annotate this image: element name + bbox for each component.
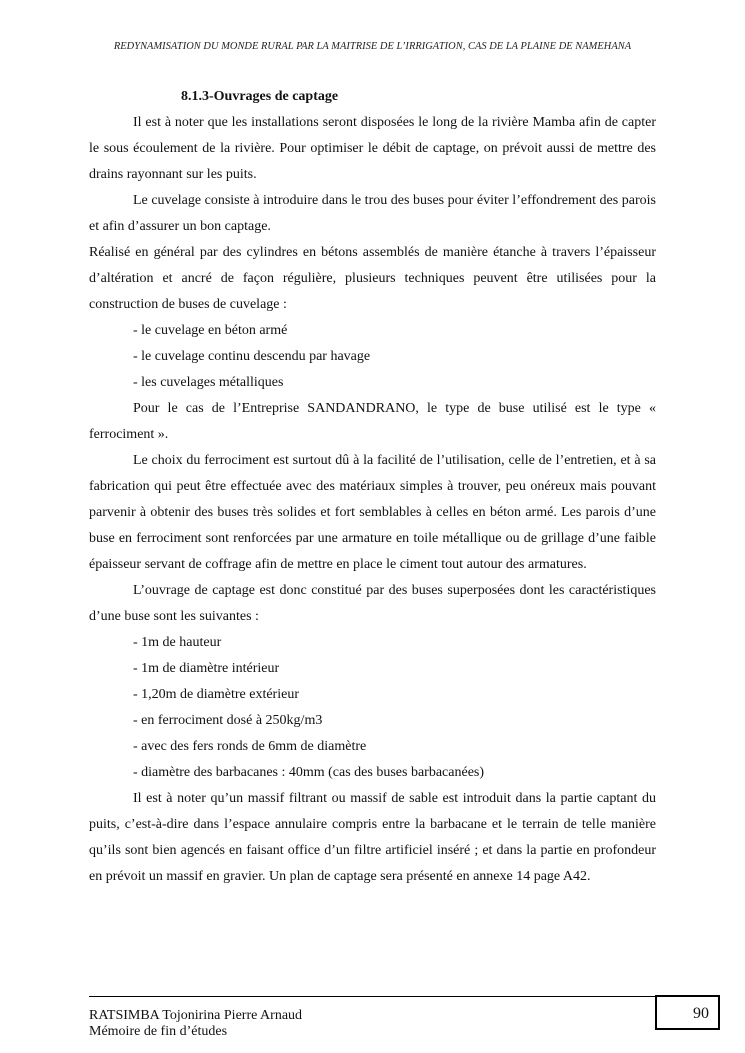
paragraph-5: Le choix du ferrociment est surtout dû à… — [89, 448, 656, 578]
list-item: - le cuvelage en béton armé — [89, 318, 656, 344]
footer-divider — [89, 996, 656, 997]
buse-characteristics-list: - 1m de hauteur - 1m de diamètre intérie… — [89, 630, 656, 786]
list-item: - avec des fers ronds de 6mm de diamètre — [89, 734, 656, 760]
running-header: REDYNAMISATION DU MONDE RURAL PAR LA MAI… — [0, 41, 745, 52]
page-body: 8.1.3-Ouvrages de captage Il est à noter… — [89, 84, 656, 890]
list-item: - les cuvelages métalliques — [89, 370, 656, 396]
paragraph-3: Réalisé en général par des cylindres en … — [89, 240, 656, 318]
list-item: - en ferrociment dosé à 250kg/m3 — [89, 708, 656, 734]
footer-author: RATSIMBA Tojonirina Pierre Arnaud — [89, 1008, 302, 1024]
paragraph-7: Il est à noter qu’un massif filtrant ou … — [89, 786, 656, 890]
list-item: - 1,20m de diamètre extérieur — [89, 682, 656, 708]
page-number-box: 90 — [655, 995, 720, 1030]
section-heading: 8.1.3-Ouvrages de captage — [181, 84, 656, 110]
paragraph-1: Il est à noter que les installations ser… — [89, 110, 656, 188]
cuvelage-techniques-list: - le cuvelage en béton armé - le cuvelag… — [89, 318, 656, 396]
list-item: - le cuvelage continu descendu par havag… — [89, 344, 656, 370]
page-number: 90 — [693, 997, 718, 1030]
paragraph-4: Pour le cas de l’Entreprise SANDANDRANO,… — [89, 396, 656, 448]
footer-subtitle: Mémoire de fin d’études — [89, 1024, 227, 1040]
list-item: - 1m de hauteur — [89, 630, 656, 656]
list-item: - 1m de diamètre intérieur — [89, 656, 656, 682]
paragraph-2: Le cuvelage consiste à introduire dans l… — [89, 188, 656, 240]
paragraph-6: L’ouvrage de captage est donc constitué … — [89, 578, 656, 630]
list-item: - diamètre des barbacanes : 40mm (cas de… — [89, 760, 656, 786]
